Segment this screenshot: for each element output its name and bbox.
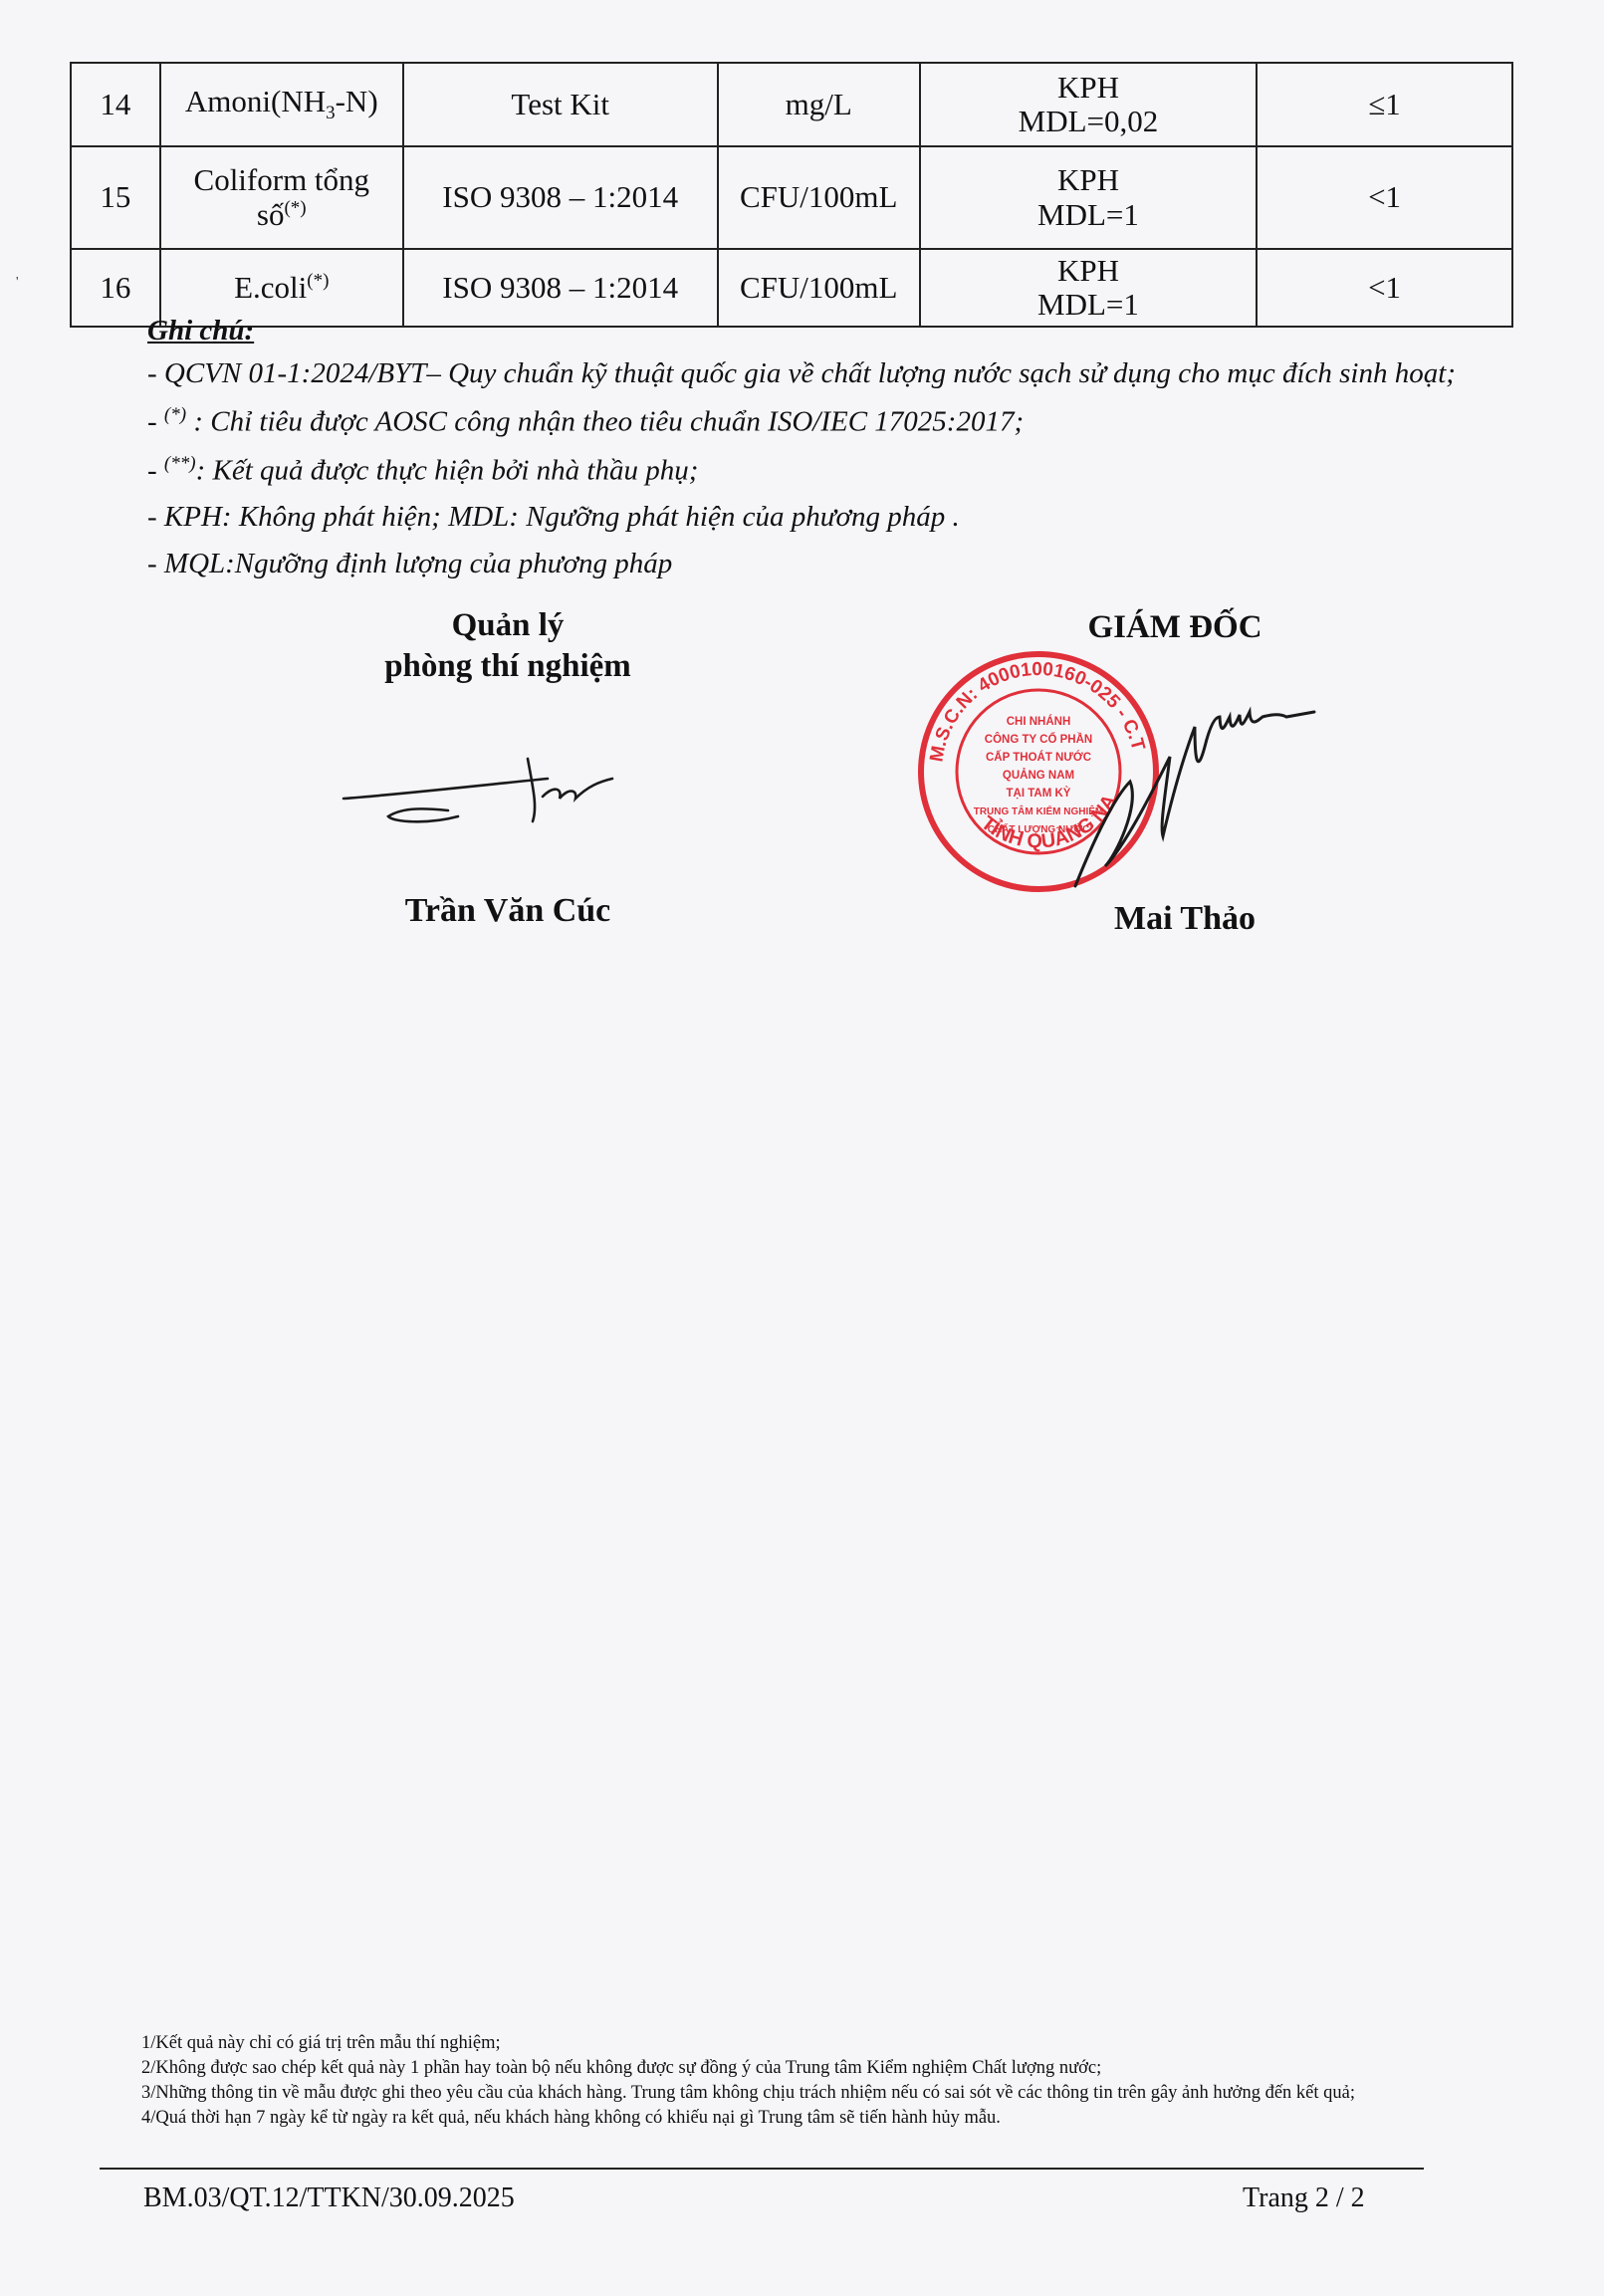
result: KPHMDL=0,02 <box>920 63 1257 146</box>
result: KPHMDL=1 <box>920 146 1257 249</box>
footer-divider <box>100 2168 1424 2170</box>
note-item: - (*) : Chỉ tiêu được AOSC công nhận the… <box>147 404 1456 439</box>
disclaimer-item: 4/Quá thời hạn 7 ngày kể từ ngày ra kết … <box>141 2106 1515 2131</box>
note-item: - QCVN 01-1:2024/BYT– Quy chuẩn kỹ thuật… <box>147 357 1456 390</box>
disclaimer-item: 1/Kết quả này chỉ có giá trị trên mẫu th… <box>141 2031 1515 2056</box>
results-table: 14 Amoni(NH3-N) Test Kit mg/L KPHMDL=0,0… <box>70 62 1513 328</box>
notes-section: Ghi chú: - QCVN 01-1:2024/BYT– Quy chuẩn… <box>147 315 1456 594</box>
unit: CFU/100mL <box>718 146 920 249</box>
row-number: 15 <box>71 146 160 249</box>
test-method: Test Kit <box>403 63 718 146</box>
scan-mark: ' <box>16 275 19 291</box>
signature-right-icon <box>1045 687 1334 906</box>
table-row: 15 Coliform tổng số(*) ISO 9308 – 1:2014… <box>71 146 1512 249</box>
director-title: GIÁM ĐỐC <box>1060 609 1289 646</box>
form-code: BM.03/QT.12/TTKN/30.09.2025 <box>143 2182 515 2214</box>
page-number: Trang 2 / 2 <box>1243 2182 1365 2214</box>
limit: ≤1 <box>1257 63 1512 146</box>
notes-title: Ghi chú: <box>147 315 1456 347</box>
table-row: 14 Amoni(NH3-N) Test Kit mg/L KPHMDL=0,0… <box>71 63 1512 146</box>
disclaimer-item: 3/Những thông tin về mẫu được ghi theo y… <box>141 2081 1515 2106</box>
parameter-name: Coliform tổng số(*) <box>160 146 403 249</box>
lab-manager-name: Trần Văn Cúc <box>329 892 687 930</box>
note-item: - (**): Kết quả được thực hiện bởi nhà t… <box>147 453 1456 488</box>
lab-manager-title: Quản lý phòng thí nghiệm <box>329 605 687 688</box>
unit: mg/L <box>718 63 920 146</box>
disclaimers: 1/Kết quả này chỉ có giá trị trên mẫu th… <box>141 2031 1515 2131</box>
note-item: - KPH: Không phát hiện; MDL: Ngưỡng phát… <box>147 501 1456 534</box>
test-method: ISO 9308 – 1:2014 <box>403 146 718 249</box>
disclaimer-item: 2/Không được sao chép kết quả này 1 phần… <box>141 2056 1515 2081</box>
row-number: 14 <box>71 63 160 146</box>
note-item: - MQL:Ngưỡng định lượng của phương pháp <box>147 548 1456 580</box>
limit: <1 <box>1257 146 1512 249</box>
signature-left-icon <box>339 737 657 846</box>
parameter-name: Amoni(NH3-N) <box>160 63 403 146</box>
document-page: ' 14 Amoni(NH3-N) Test Kit mg/L KPHMDL=0… <box>0 0 1604 2296</box>
director-name: Mai Thảo <box>1085 900 1284 938</box>
